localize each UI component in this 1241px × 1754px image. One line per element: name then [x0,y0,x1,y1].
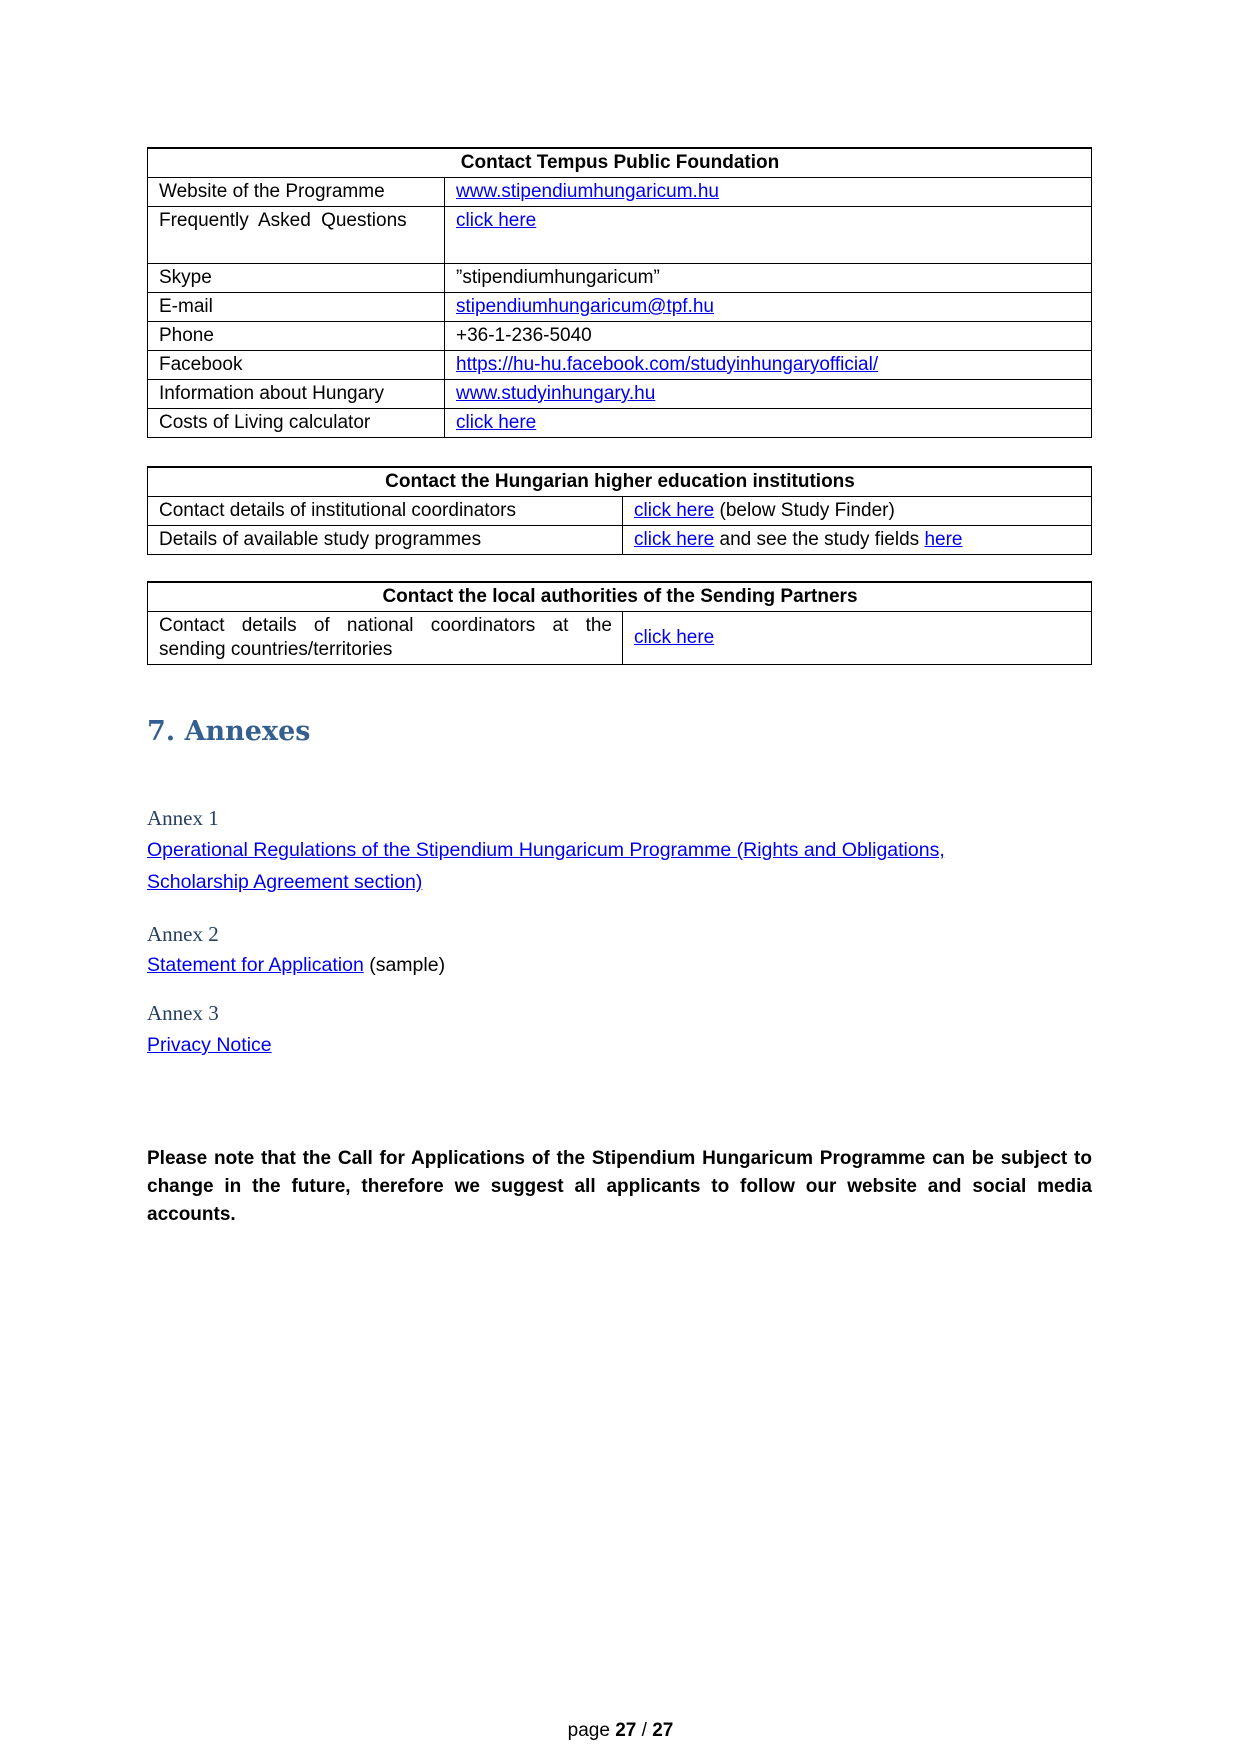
table-row: Costs of Living calculator click here [148,409,1092,438]
phone-value: +36-1-236-5040 [445,322,1092,351]
email-link[interactable]: stipendiumhungaricum@tpf.hu [456,296,714,317]
page-total: 27 [652,1720,673,1741]
annex-note: (sample) [364,954,445,976]
programme-website-link[interactable]: www.stipendiumhungaricum.hu [456,181,719,202]
facebook-link[interactable]: https://hu-hu.facebook.com/studyinhungar… [456,354,878,375]
privacy-notice-link[interactable]: Privacy Notice [147,1034,272,1056]
page-current: 27 [615,1720,636,1741]
row-label: Website of the Programme [148,178,445,207]
operational-regulations-link[interactable]: Operational Regulations of the Stipendiu… [147,839,945,861]
annexes-heading: 7. Annexes [147,716,310,747]
row-label: Frequently Asked Questions [148,207,445,264]
annex-1-label: Annex 1 [147,806,219,831]
table-row: Information about Hungary www.studyinhun… [148,380,1092,409]
table-row: Website of the Programme www.stipendiumh… [148,178,1092,207]
row-note: (below Study Finder) [714,500,895,521]
page-separator: / [636,1720,652,1741]
table-row: Contact details of institutional coordin… [148,497,1092,526]
row-label: Details of available study programmes [148,526,623,555]
row-label: Facebook [148,351,445,380]
annex-3-label: Annex 3 [147,1001,219,1026]
table-row: Skype ”stipendiumhungaricum” [148,264,1092,293]
table-row: Contact details of national coordinators… [148,612,1092,665]
row-note: and see the study fields [714,529,924,550]
row-label: Information about Hungary [148,380,445,409]
statement-for-application-link[interactable]: Statement for Application [147,954,364,976]
table-row: Frequently Asked Questions click here [148,207,1092,264]
table-title: Contact the Hungarian higher education i… [148,467,1092,497]
tempus-contact-table: Contact Tempus Public Foundation Website… [147,147,1092,438]
table-row: Details of available study programmes cl… [148,526,1092,555]
row-label: Skype [148,264,445,293]
operational-regulations-link-line2[interactable]: Scholarship Agreement section) [147,871,422,893]
page-prefix: page [568,1720,616,1741]
skype-value: ”stipendiumhungaricum” [445,264,1092,293]
page-footer: page 27 / 27 [0,1720,1241,1742]
table-row: E-mail stipendiumhungaricum@tpf.hu [148,293,1092,322]
table-title: Contact Tempus Public Foundation [148,148,1092,178]
coordinators-link[interactable]: click here [634,500,714,521]
row-label: Contact details of national coordinators… [148,612,623,665]
institutions-contact-table: Contact the Hungarian higher education i… [147,466,1092,555]
row-label: Contact details of institutional coordin… [148,497,623,526]
disclaimer-note: Please note that the Call for Applicatio… [147,1145,1092,1229]
row-label: E-mail [148,293,445,322]
sending-partners-table: Contact the local authorities of the Sen… [147,581,1092,665]
annex-2-label: Annex 2 [147,922,219,947]
table-title: Contact the local authorities of the Sen… [148,582,1092,612]
table-row: Facebook https://hu-hu.facebook.com/stud… [148,351,1092,380]
table-row: Phone +36-1-236-5040 [148,322,1092,351]
row-label: Phone [148,322,445,351]
study-in-hungary-link[interactable]: www.studyinhungary.hu [456,383,655,404]
cost-of-living-link[interactable]: click here [456,412,536,433]
study-fields-link[interactable]: here [924,529,962,550]
national-coordinators-link[interactable]: click here [634,627,714,648]
row-label: Costs of Living calculator [148,409,445,438]
study-programmes-link[interactable]: click here [634,529,714,550]
faq-link[interactable]: click here [456,210,536,231]
